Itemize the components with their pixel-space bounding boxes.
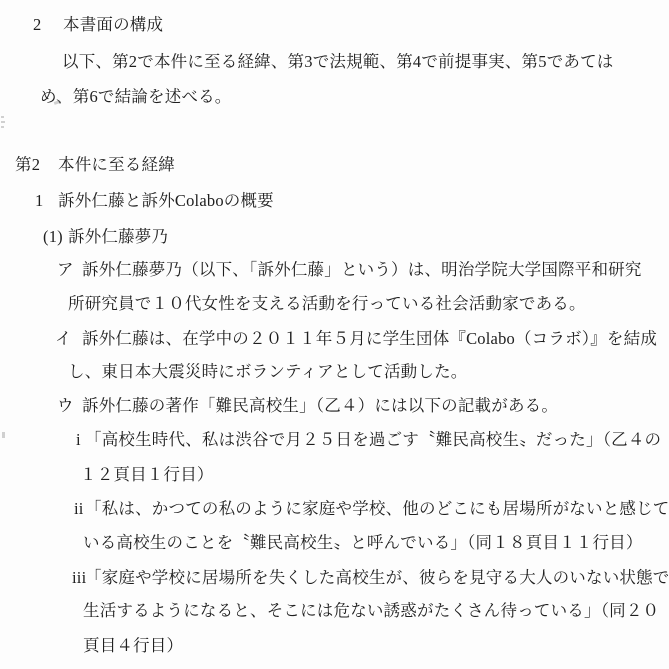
paragraph-u-label: ウ [57, 395, 74, 416]
part-2-number: 第2 [15, 154, 40, 175]
subitem-1-number: (1) [43, 226, 63, 247]
scanned-legal-document-page: 2 本書面の構成 以下、第2で本件に至る経緯、第3で法規範、第4で前提事実、第5… [0, 0, 669, 669]
quote-2-line-2: いる高校生のことを〝難民高校生〟と呼んでいる」（同１８頁目１１行目） [83, 532, 643, 553]
paragraph-a-line-1: 訴外仁藤夢乃（以下、「訴外仁藤」という）は、明治学院大学国際平和研究 [82, 259, 642, 280]
quote-1-line-1: 「高校生時代、私は渋谷で月２５日を過ごす〝難民高校生〟だった」（乙４の [85, 429, 661, 450]
item-1-title: 訴外仁藤と訴外Colaboの概要 [58, 190, 274, 211]
paragraph-i-line-2: し、東日本大震災時にボランティアとして活動した。 [68, 361, 467, 382]
part-2-title: 本件に至る経緯 [58, 154, 175, 175]
quote-2-label: ii [74, 498, 84, 519]
intro-paragraph-line-2: め、第6で結論を述べる。 [40, 86, 232, 107]
item-1-number: 1 [35, 190, 43, 211]
quote-3-line-3: 頁目４行目） [83, 635, 183, 656]
quote-2-line-1: 「私は、かつての私のように家庭や学校、他のどこにも居場所がないと感じて [85, 498, 669, 519]
section-2-number: 2 [33, 14, 41, 35]
quote-1-label: i [76, 429, 81, 450]
scan-artifact [2, 432, 5, 438]
section-2-title: 本書面の構成 [63, 14, 163, 35]
intro-paragraph-line-1: 以下、第2で本件に至る経緯、第3で法規範、第4で前提事実、第5であては [62, 51, 614, 72]
scan-artifact [1, 116, 4, 118]
paragraph-a-label: ア [57, 259, 74, 280]
quote-3-line-1: 「家庭や学校に居場所を失くした高校生が、彼らを見守る大人のいない状態で [85, 567, 669, 588]
quote-3-line-2: 生活するようになると、そこには危ない誘惑がたくさん待っている」（同２０ [83, 600, 659, 621]
paragraph-i-label: イ [55, 328, 72, 349]
subitem-1-title: 訴外仁藤夢乃 [68, 226, 168, 247]
paragraph-u-line-1: 訴外仁藤の著作「難民高校生」（乙４）には以下の記載がある。 [82, 395, 558, 416]
paragraph-a-line-2: 所研究員で１０代女性を支える活動を行っている社会活動家である。 [68, 293, 586, 314]
quote-1-line-2: １２頁目１行目） [80, 464, 214, 485]
scan-artifact [1, 126, 4, 128]
scan-artifact [1, 121, 5, 123]
paragraph-i-line-1: 訴外仁藤は、在学中の２０１１年５月に学生団体『Colabo（コラボ）』を結成 [82, 328, 657, 349]
